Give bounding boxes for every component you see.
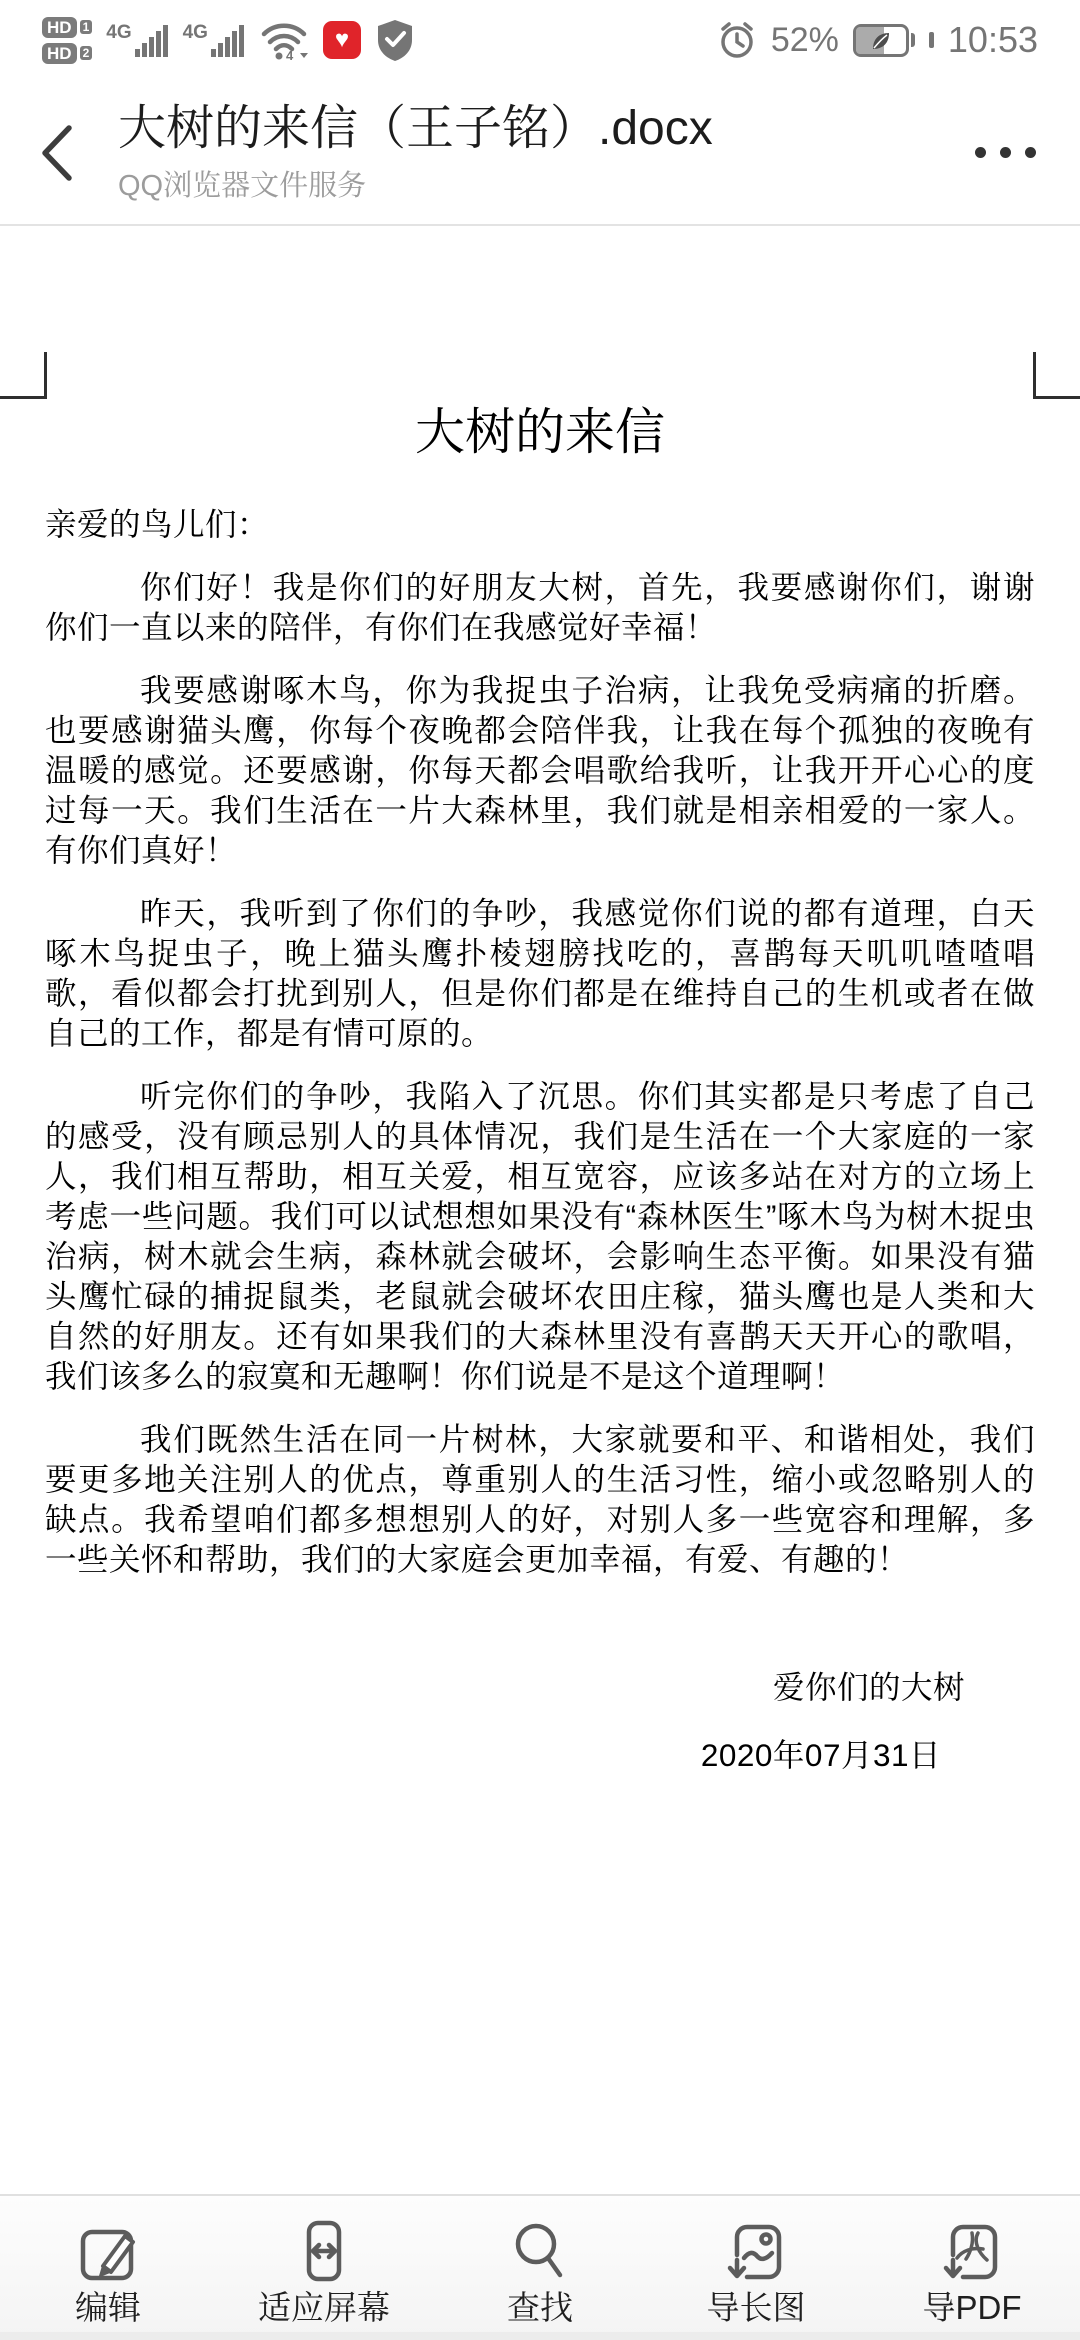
- power-save-leaf-icon: [869, 29, 893, 53]
- fit-screen-button[interactable]: 适应屏幕: [216, 2196, 432, 2340]
- fit-screen-icon: [292, 2219, 356, 2283]
- find-button[interactable]: 查找: [432, 2196, 648, 2340]
- battery-icon: [853, 24, 915, 57]
- signal-bars-icon: [135, 21, 169, 59]
- paragraph-2: 我要感谢啄木鸟，你为我捉虫子治病，让我免受病痛的折磨。也要感谢猫头鹰，你每个夜晚…: [45, 670, 1035, 870]
- hd1-num: 1: [80, 20, 93, 34]
- hd2-num: 2: [80, 46, 93, 60]
- export-long-image-icon: [724, 2219, 788, 2283]
- clock-time: 10:53: [948, 19, 1038, 61]
- signal-sim2-icon: 4G: [183, 21, 245, 59]
- salutation: 亲爱的鸟儿们：: [45, 504, 1035, 544]
- document-date: 2020年07月31日: [45, 1735, 1035, 1775]
- tool-label: 导长图: [707, 2291, 806, 2324]
- bottom-edge-strip: [0, 2332, 1080, 2340]
- phone-screen: HD 1 HD 2 4G 4G: [0, 0, 1080, 2340]
- hd-badges: HD 1 HD 2: [42, 17, 92, 64]
- edit-icon: [76, 2219, 140, 2283]
- back-button[interactable]: [36, 113, 96, 193]
- title-bar: 大树的来信（王子铭）.docx QQ浏览器文件服务: [0, 80, 1080, 225]
- signal-bars-icon: [211, 21, 245, 59]
- hd1-badge: HD 1: [42, 17, 92, 38]
- tool-label: 适应屏幕: [258, 2291, 390, 2324]
- paragraph-3: 昨天，我听到了你们的争吵，我感觉你们说的都有道理，白天啄木鸟捉虫子，晚上猫头鹰扑…: [45, 893, 1035, 1053]
- status-right-icons: 52% 10:53: [717, 19, 1038, 61]
- export-long-image-button[interactable]: 导长图: [648, 2196, 864, 2340]
- bottom-toolbar: 编辑 适应屏幕 查找: [0, 2194, 1080, 2340]
- network-type-sim2: 4G: [183, 23, 208, 42]
- menu-dot: [1025, 147, 1036, 158]
- heart-glyph: ♥: [335, 28, 349, 52]
- shield-check-icon: [375, 18, 415, 62]
- paragraph-4: 听完你们的争吵，我陷入了沉思。你们其实都是只考虑了自己的感受，没有顾忌别人的具体…: [45, 1076, 1035, 1396]
- more-menu-button[interactable]: [971, 137, 1040, 168]
- menu-dot: [1000, 147, 1011, 158]
- header-texts: 大树的来信（王子铭）.docx QQ浏览器文件服务: [118, 101, 971, 203]
- wifi-icon: 4: [259, 19, 309, 61]
- chevron-left-icon: [36, 122, 78, 184]
- notification-app-icon: ♥: [323, 21, 361, 59]
- paragraph-1: 你们好！我是你们的好朋友大树，首先，我要感谢你们，谢谢你们一直以来的陪伴，有你们…: [45, 567, 1035, 647]
- export-pdf-button[interactable]: 导PDF: [864, 2196, 1080, 2340]
- signature: 爱你们的大树: [45, 1667, 1035, 1707]
- status-separator-bar: [929, 32, 934, 48]
- hd2-badge: HD 2: [42, 43, 92, 64]
- status-bar: HD 1 HD 2 4G 4G: [0, 0, 1080, 80]
- svg-text:4: 4: [286, 48, 294, 61]
- alarm-icon: [717, 20, 757, 60]
- document-page[interactable]: 大树的来信 亲爱的鸟儿们： 你们好！我是你们的好朋友大树，首先，我要感谢你们，谢…: [0, 226, 1080, 2196]
- hd2-label: HD: [42, 43, 77, 64]
- battery-percent: 52%: [771, 21, 839, 60]
- tool-label: 查找: [507, 2291, 573, 2324]
- paragraph-5: 我们既然生活在同一片树林，大家就要和平、和谐相处，我们要更多地关注别人的优点，尊…: [45, 1419, 1035, 1579]
- file-title: 大树的来信（王子铭）.docx: [118, 101, 971, 156]
- edit-button[interactable]: 编辑: [0, 2196, 216, 2340]
- signal-sim1-icon: 4G: [106, 21, 168, 59]
- status-left-icons: HD 1 HD 2 4G 4G: [42, 17, 415, 64]
- document-title: 大树的来信: [45, 404, 1035, 462]
- page-margin-mark-right: [1033, 352, 1080, 399]
- network-type-sim1: 4G: [106, 23, 131, 42]
- document-content: 大树的来信 亲爱的鸟儿们： 你们好！我是你们的好朋友大树，首先，我要感谢你们，谢…: [0, 226, 1080, 1775]
- export-pdf-icon: [940, 2219, 1004, 2283]
- tool-label: 编辑: [75, 2291, 141, 2324]
- menu-dot: [975, 147, 986, 158]
- page-margin-mark-left: [0, 352, 47, 399]
- file-source-subtitle: QQ浏览器文件服务: [118, 163, 971, 204]
- search-icon: [508, 2219, 572, 2283]
- tool-label: 导PDF: [923, 2291, 1022, 2324]
- hd1-label: HD: [42, 17, 77, 38]
